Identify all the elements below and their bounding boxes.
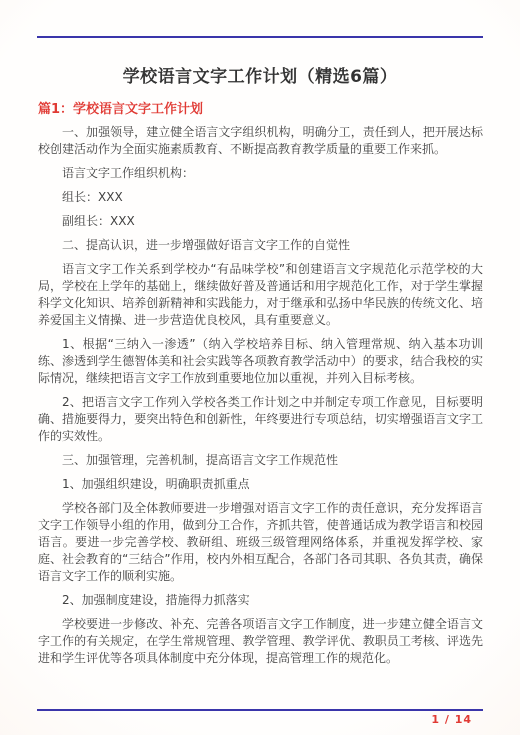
- paragraph: 副组长：XXX: [38, 213, 483, 230]
- top-rule: [37, 36, 483, 38]
- page-number-indicator: 1 / 14: [431, 713, 472, 726]
- document-body: 一、加强领导，建立健全语言文字组织机构，明确分工，责任到人，把开展达标校创建活动…: [38, 124, 483, 674]
- bottom-rule: [37, 709, 483, 711]
- paragraph: 1、根据“三纳入一渗透”（纳入学校培养目标、纳入管理常规、纳入基本功训练、渗透到…: [38, 336, 483, 387]
- paragraph: 一、加强领导，建立健全语言文字组织机构，明确分工，责任到人，把开展达标校创建活动…: [38, 124, 483, 158]
- paragraph: 1、加强组织建设，明确职责抓重点: [38, 476, 483, 493]
- paragraph: 2、把语言文字工作列入学校各类工作计划之中并制定专项工作意见，目标要明确、措施要…: [38, 394, 483, 445]
- paragraph: 二、提高认识，进一步增强做好语言文字工作的自觉性: [38, 237, 483, 254]
- paragraph: 学校要进一步修改、补充、完善各项语言文字工作制度，进一步建立健全语言文字工作的有…: [38, 616, 483, 667]
- paragraph: 学校各部门及全体教师要进一步增强对语言文字工作的责任意识，充分发挥语言文字工作领…: [38, 500, 483, 585]
- document-page: 学校语言文字工作计划（精选6篇） 篇1：学校语言文字工作计划 一、加强领导，建立…: [0, 0, 520, 735]
- paragraph: 组长：XXX: [38, 189, 483, 206]
- page-title: 学校语言文字工作计划（精选6篇）: [37, 62, 483, 87]
- paragraph: 语言文字工作关系到学校办“有品味学校”和创建语言文字规范化示范学校的大局，学校在…: [38, 261, 483, 329]
- paragraph: 三、加强管理，完善机制，提高语言文字工作规范性: [38, 452, 483, 469]
- paragraph: 2、加强制度建设，措施得力抓落实: [38, 592, 483, 609]
- section-heading: 篇1：学校语言文字工作计划: [38, 98, 484, 117]
- paragraph: 语言文字工作组织机构：: [38, 165, 483, 182]
